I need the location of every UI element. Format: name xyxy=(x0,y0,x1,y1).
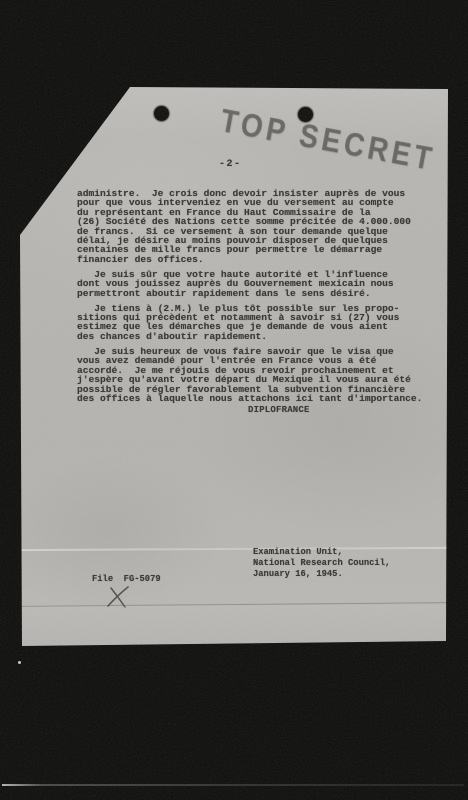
scanned-document-page: { "stamp": { "text": "TOP SECRET" }, "pa… xyxy=(0,0,468,800)
paper-sheet: TOP SECRET -2- administre. Je crois donc… xyxy=(20,85,448,646)
page-number: -2- xyxy=(219,159,242,170)
paragraph-3: Je tiens à (2.M.) le plus tôt possible s… xyxy=(77,304,437,342)
scanner-artifact-line xyxy=(2,784,464,786)
hole-punch-icon xyxy=(154,106,169,121)
paragraph-4: Je suis heureux de vous faire savoir que… xyxy=(77,347,437,403)
letter-body: administre. Je crois donc devoir insiste… xyxy=(77,189,437,416)
agency-attribution: Examination Unit, National Research Coun… xyxy=(253,547,390,579)
paragraph-1: administre. Je crois donc devoir insiste… xyxy=(77,189,437,264)
top-secret-stamp: TOP SECRET xyxy=(217,103,438,179)
paragraph-2: Je suis sûr que votre haute autorité et … xyxy=(77,270,437,298)
fold-shading xyxy=(20,605,448,646)
signature: DIPLOFRANCE xyxy=(248,406,437,415)
scanner-speck xyxy=(18,661,21,664)
file-number: File FG-5079 xyxy=(92,574,161,584)
